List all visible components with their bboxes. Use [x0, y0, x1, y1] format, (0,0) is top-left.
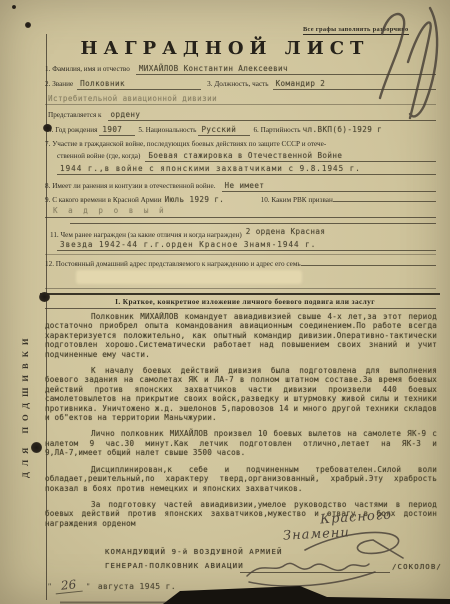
rvk-value: К а д р о в ы й [53, 206, 167, 215]
section-divider [40, 293, 440, 295]
field-row-war-participation-3: 1944 г.,в войне с японскими захватчиками… [45, 164, 436, 175]
name-label: 1. Фамилия, имя и отчество [45, 65, 130, 73]
field-row-position-cont: Истребительной авиационной дивизии [45, 94, 436, 105]
prior-awards-value-line1: 2 ордена Красная [246, 227, 436, 236]
rule-line [45, 254, 436, 255]
rank-value: Полковник [77, 79, 201, 90]
presented-value: ордену [108, 110, 436, 121]
field-row-war-participation-2: ственной войне (где, когда) Боевая стажи… [45, 151, 436, 162]
filing-margin-note: ДЛЯ ПОДШИВКИ [20, 238, 30, 478]
address-label: 12. Постоянный домашний адрес представля… [45, 260, 301, 268]
field-row-service-2: К а д р о в ы й [45, 206, 436, 215]
nationality-label: 5. Национальность [138, 126, 196, 134]
redacted-address [76, 270, 302, 284]
citation-paragraph: К началу боевых действий дивизия была по… [45, 366, 437, 422]
field-row-service: 9. С какого времени в Красной Армии Июль… [45, 195, 436, 204]
rule-line [45, 308, 436, 309]
field-row-presented: Представляется к ордену [45, 110, 436, 121]
ink-blot [39, 292, 50, 302]
name-value: МИХАЙЛОВ Константин Алексеевич [136, 64, 436, 75]
field-row-wounds: 8. Имеет ли ранения и контузии в отечест… [45, 181, 436, 192]
citation-paragraph: Дисциплинирован,к себе и подчиненным тре… [45, 465, 437, 493]
wounds-label: 8. Имеет ли ранения и контузии в отечест… [45, 182, 216, 190]
commander-surname: /СОКОЛОВ/ [392, 562, 442, 571]
wounds-value: Не имеет [222, 181, 436, 192]
ink-speck [25, 22, 31, 28]
ink-blot [43, 124, 52, 132]
nationality-value: Русский [198, 125, 250, 136]
war-participation-label-line1: 7. Участие в гражданской войне, последую… [45, 140, 326, 148]
service-since-label: 9. С какого времени в Красной Армии [45, 196, 162, 204]
rank-label: 2. Звание [45, 80, 73, 88]
field-row-prior-awards-2: Звезда 1942-44 г.г.орден Красное Знамя-1… [45, 240, 436, 251]
field-row-name: 1. Фамилия, имя и отчество МИХАЙЛОВ Конс… [45, 64, 436, 75]
war-participation-value-line1: Боевая стажировка в Отечественной Войне [145, 151, 436, 162]
page-title: НАГРАДНОЙ ЛИСТ [70, 38, 380, 59]
party-label: 6. Партийность [253, 126, 300, 134]
address-blank [301, 264, 436, 266]
birth-year-label: 4. Год рождения [48, 126, 97, 134]
rule-line [45, 217, 436, 218]
citation-paragraph: Лично полковник МИХАЙЛОВ произвел 10 бое… [45, 429, 437, 457]
torn-edge-shadow [0, 584, 450, 604]
field-row-birth-nationality-party: 4. Год рождения 1907 5. Национальность Р… [45, 125, 436, 136]
field-row-prior-awards: 11. Чем ранее награжден (за какие отличи… [45, 230, 436, 239]
war-participation-value-line2: 1944 г.,в войне с японскими захватчиками… [57, 164, 436, 175]
rvk-blank [333, 200, 436, 202]
position-value: Командир 2 [273, 79, 436, 90]
field-row-rank-position: 2. Звание Полковник 3. Должность, часть … [45, 79, 436, 90]
prior-awards-value-line2: Звезда 1942-44 г.г.орден Красное Знамя-1… [57, 240, 436, 251]
award-sheet-scan: ДЛЯ ПОДШИВКИ Все графы заполнять разборч… [0, 0, 450, 604]
presented-label: Представляется к [48, 111, 102, 119]
party-value: чл.ВКП(б)-1929 г [303, 125, 436, 134]
position-value-continued: Истребительной авиационной дивизии [45, 94, 436, 105]
section-header: I. Краткое, конкретное изложение личного… [60, 297, 430, 306]
citation-paragraph: Полковник МИХАЙЛОВ командует авиадивизие… [45, 312, 437, 359]
ink-speck [12, 5, 16, 9]
rule-line [70, 223, 436, 224]
rvk-label: 10. Каким РВК призван [261, 196, 333, 204]
birth-year-value: 1907 [99, 125, 135, 136]
commander-title-line2: ГЕНЕРАЛ-ПОЛКОВНИК АВИАЦИИ [105, 561, 244, 570]
field-row-war-participation: 7. Участие в гражданской войне, последую… [45, 140, 436, 148]
rule-line [45, 288, 436, 289]
position-label: 3. Должность, часть [207, 80, 268, 88]
war-participation-label-line2: ственной войне (где, когда) [57, 152, 140, 160]
service-since-value: Июль 1929 г. [165, 195, 257, 204]
field-row-address: 12. Постоянный домашний адрес представля… [45, 260, 436, 268]
prior-awards-label: 11. Чем ранее награжден (за какие отличи… [50, 231, 242, 239]
ink-blot [31, 442, 42, 453]
